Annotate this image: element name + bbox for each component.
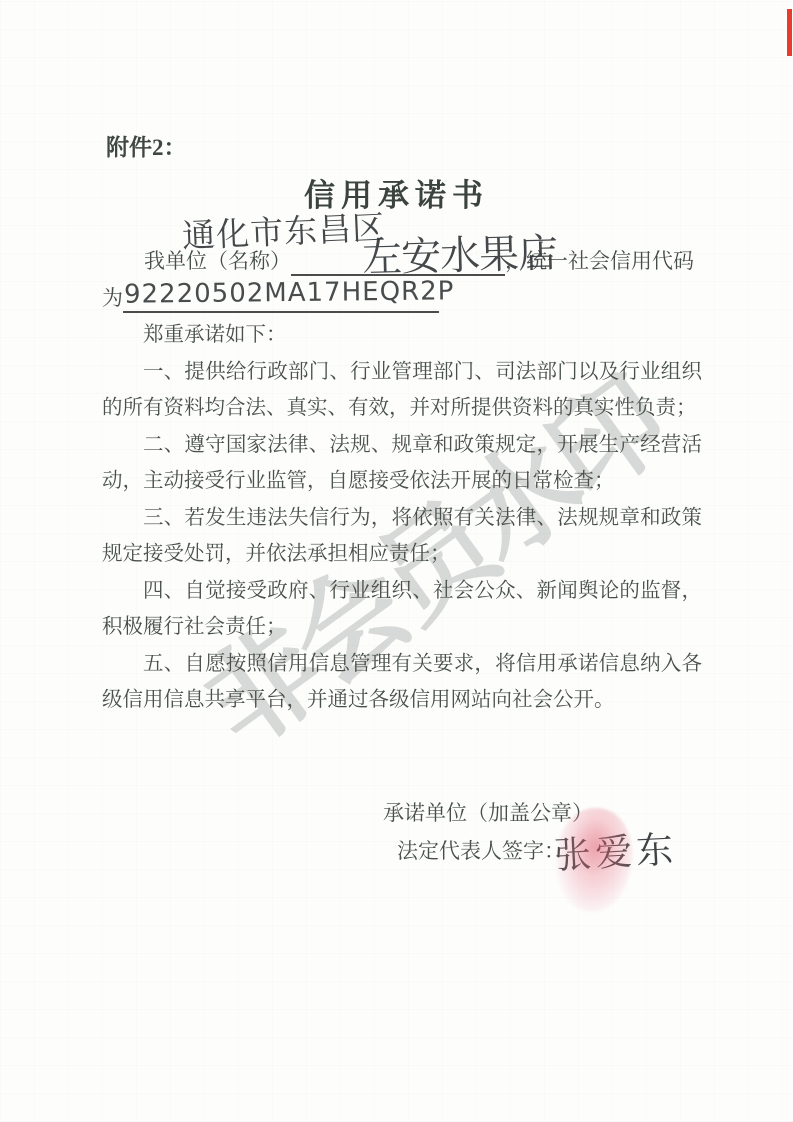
pledge-paragraph-1: 一、提供给行政部门、行业管理部门、司法部门以及行业组织的所有资料均合法、真实、有… [102,354,702,427]
red-edge-scan-mark [787,9,792,56]
pledge-lead: 郑重承诺如下： [102,317,702,354]
handwritten-credit-code: 92220502MA17HEQR2P [124,276,455,309]
handwritten-company-name: 左安水果店 [361,221,557,283]
legal-representative-label: 法定代表人签字： [397,836,565,866]
pledge-paragraph-2: 二、遵守国家法律、法规、规章和政策规定，开展生产经营活动，主动接受行业监管，自愿… [102,427,702,500]
intro-prefix: 我单位（名称） [144,249,291,273]
scanned-document-page: 非会员水印 附件2： 信用承诺书 通化市东昌区 我单位（名称），统一社会信用代码… [0,0,793,1122]
pledge-paragraph-5: 五、自愿按照信用信息管理有关要求，将信用承诺信息纳入各级信用信息共享平台，并通过… [102,646,702,719]
code-prefix: 为 [102,286,123,310]
attachment-label: 附件2： [106,129,187,162]
page-title: 信用承诺书 [0,170,793,215]
pledge-body: 郑重承诺如下： 一、提供给行政部门、行业管理部门、司法部门以及行业组织的所有资料… [102,317,702,719]
promising-unit-line: 承诺单位（加盖公章） [383,798,593,828]
pledge-paragraph-4: 四、自觉接受政府、行业组织、社会公众、新闻舆论的监督，积极履行社会责任； [102,573,702,646]
pledge-paragraph-3: 三、若发生违法失信行为，将依照有关法律、法规规章和政策规定接受处罚，并依法承担相… [102,500,702,573]
